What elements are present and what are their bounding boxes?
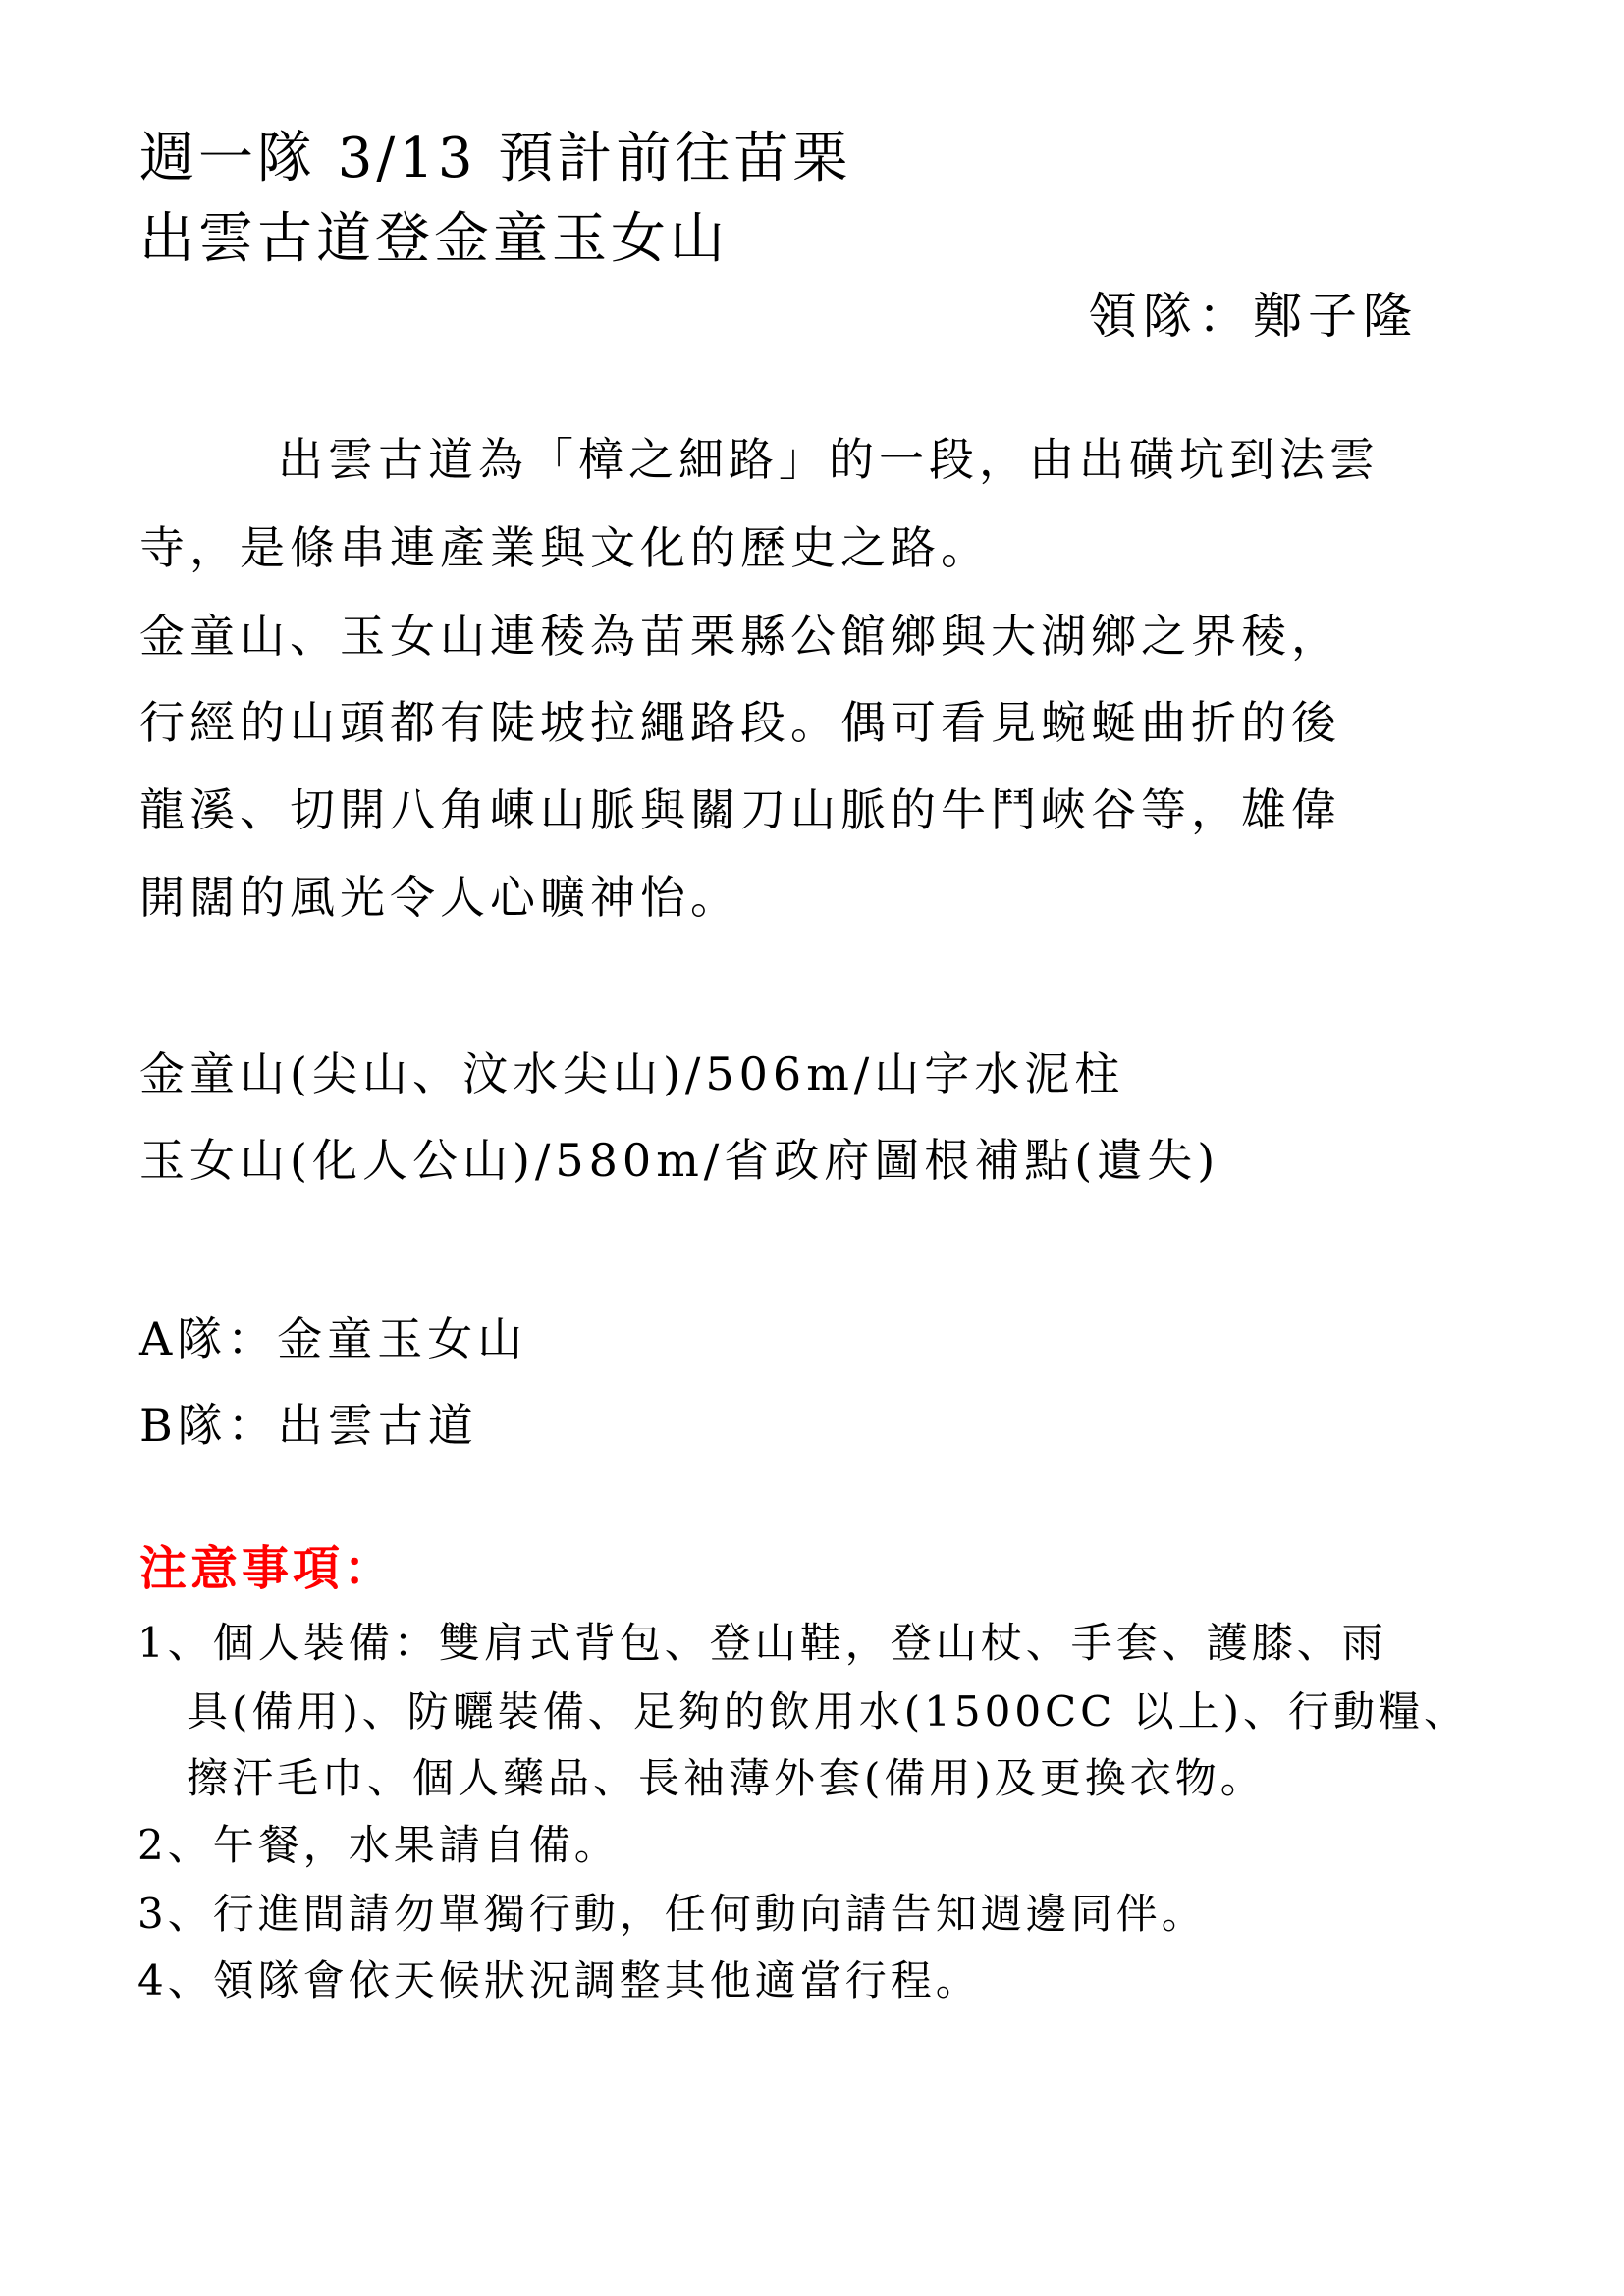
intro-line: 金童山、玉女山連稜為苗栗縣公館鄉與大湖鄉之界稜， [139, 609, 1341, 664]
intro-line: 開闊的風光令人心曠神怡。 [139, 870, 740, 925]
peak-item: 金童山(尖山、汶水尖山)/506m/山字水泥柱 [139, 1046, 1124, 1101]
title-line-1: 週一隊 3/13 預計前往苗栗 [139, 128, 851, 190]
team-item: A隊：金童玉女山 [139, 1311, 527, 1366]
notes-heading: 注意事項： [139, 1539, 395, 1598]
intro-line: 出雲古道為「樟之細路」的一段，由出磺坑到法雲 [278, 432, 1380, 487]
note-item-continued: 擦汗毛巾、個人藥品、長袖薄外套(備用)及更換衣物。 [187, 1753, 1266, 1804]
title-line-2: 出雲古道登金童玉女山 [139, 208, 729, 271]
note-item-continued: 具(備用)、防曬裝備、足夠的飲用水(1500CC 以上)、行動糧、 [187, 1686, 1469, 1737]
note-item: 2、午餐，水果請自備。 [137, 1820, 620, 1871]
peak-item: 玉女山(化人公山)/580m/省政府圖根補點(遺失) [139, 1133, 1219, 1188]
note-item: 4、領隊會依天候狀況調整其他適當行程。 [137, 1955, 981, 2006]
note-item: 3、行進間請勿單獨行動，任何動向請告知週邊同伴。 [137, 1889, 1207, 1940]
intro-line: 龍溪、切開八角崠山脈與關刀山脈的牛鬥峽谷等，雄偉 [139, 782, 1341, 837]
team-item: B隊：出雲古道 [139, 1398, 478, 1453]
leader-label: 領隊：鄭子隆 [1088, 287, 1418, 346]
note-item: 1、個人裝備：雙肩式背包、登山鞋，登山杖、手套、護膝、雨 [137, 1618, 1387, 1669]
intro-line: 行經的山頭都有陡坡拉繩路段。偶可看見蜿蜒曲折的後 [139, 695, 1341, 750]
intro-line: 寺，是條串連產業與文化的歷史之路。 [139, 520, 991, 575]
document-page: 週一隊 3/13 預計前往苗栗 出雲古道登金童玉女山 領隊：鄭子隆 出雲古道為「… [0, 0, 1624, 2296]
